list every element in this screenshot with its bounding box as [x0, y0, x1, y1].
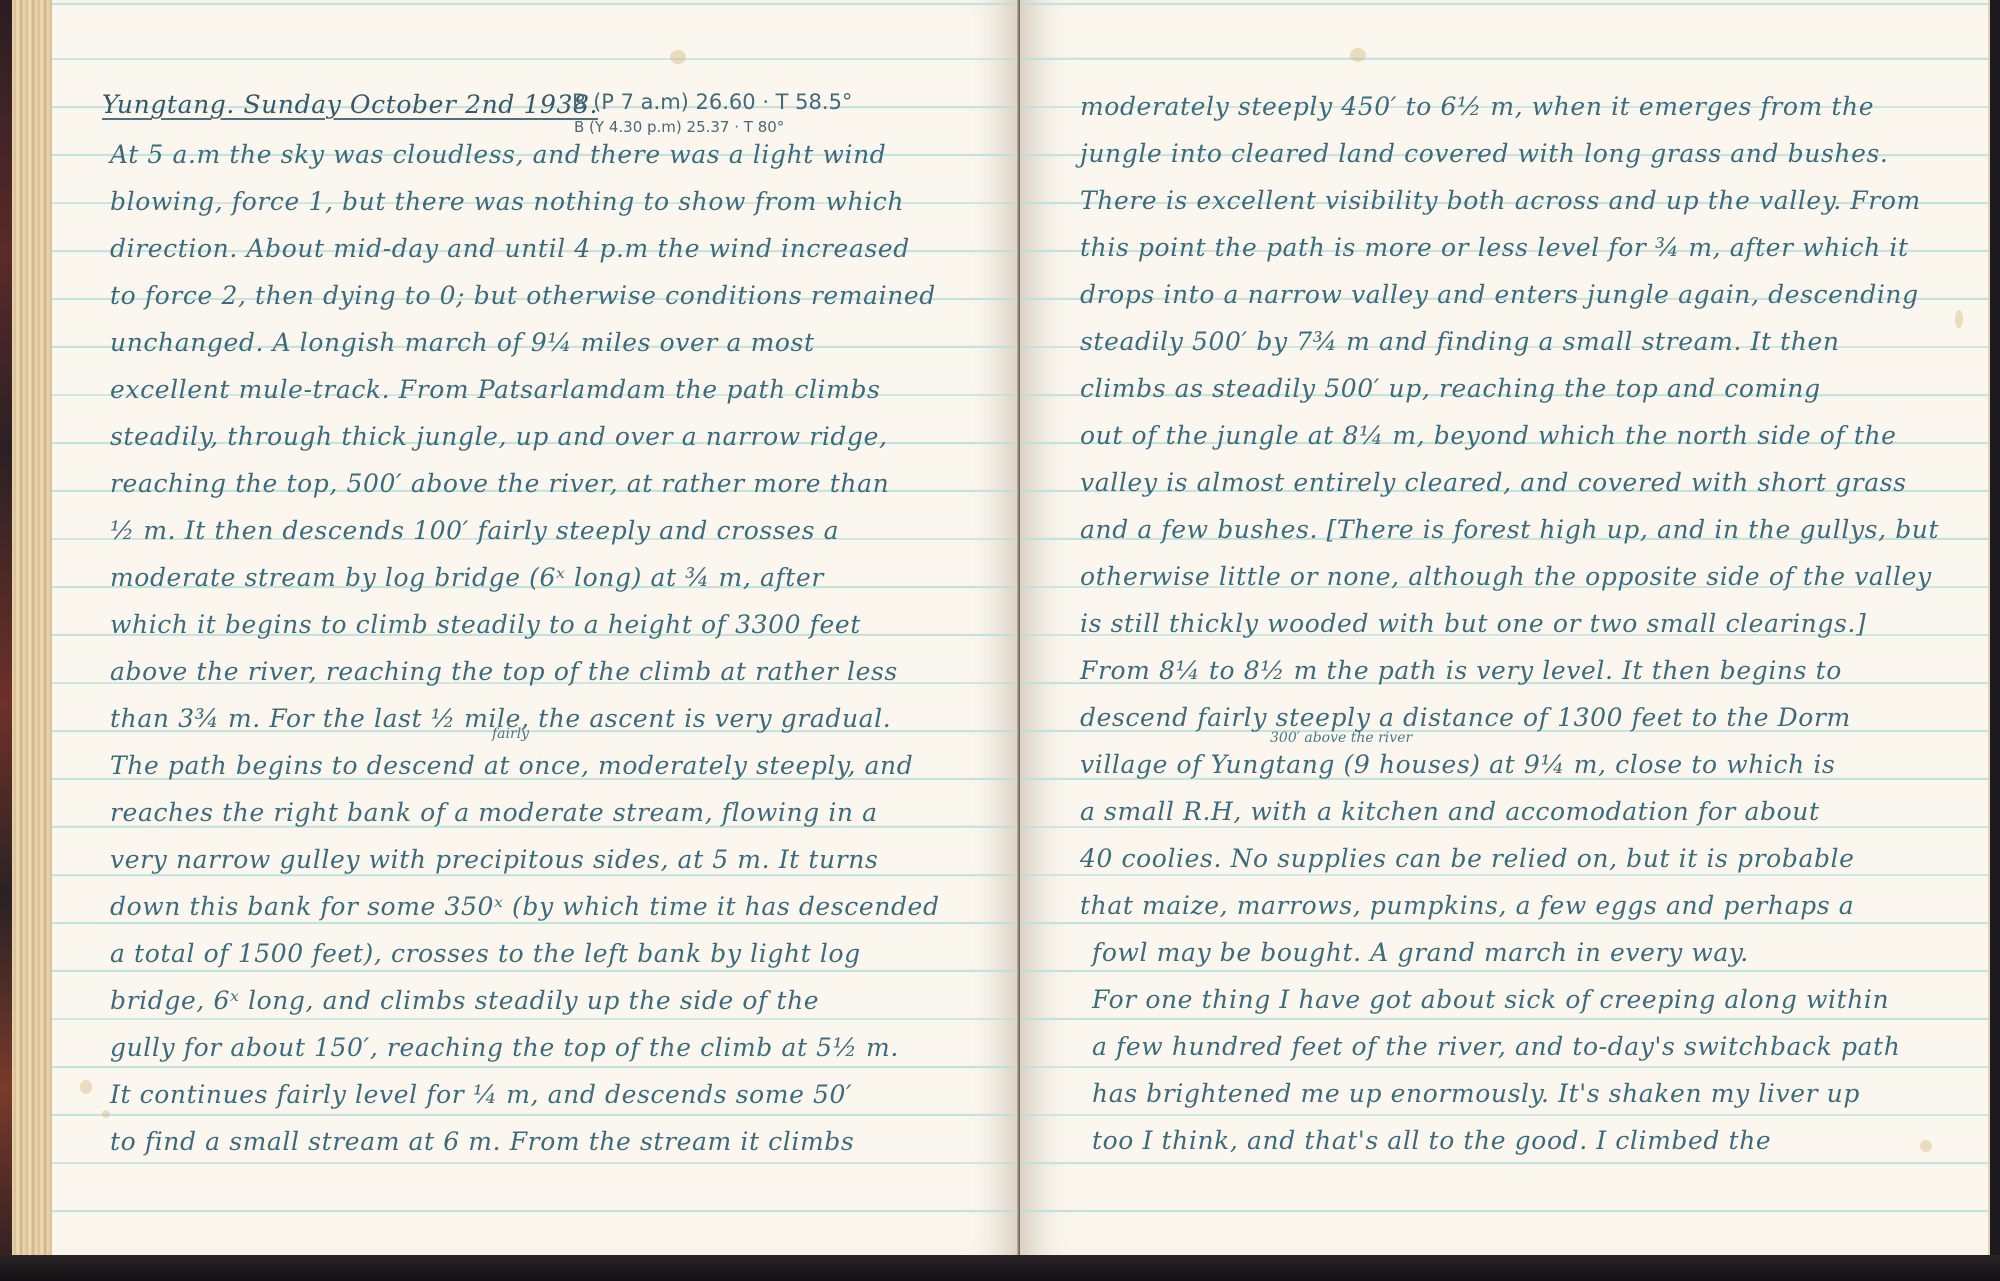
- text-line: direction. About mid-day and until 4 p.m…: [110, 234, 910, 263]
- text-line: moderately steeply 450′ to 6½ m, when it…: [1080, 92, 1874, 121]
- interlinear-note: 300′ above the river: [1270, 730, 1412, 746]
- text-line: is still thickly wooded with but one or …: [1080, 609, 1866, 638]
- text-line: excellent mule-track. From Patsarlamdam …: [110, 375, 881, 404]
- text-line: which it begins to climb steadily to a h…: [110, 610, 861, 639]
- text-line: At 5 a.m the sky was cloudless, and ther…: [110, 140, 886, 169]
- text-line: unchanged. A longish march of 9¼ miles o…: [110, 328, 815, 357]
- inserted-correction: fairly: [492, 726, 529, 742]
- text-line: that maize, marrows, pumpkins, a few egg…: [1080, 891, 1854, 920]
- text-line: valley is almost entirely cleared, and c…: [1080, 468, 1907, 497]
- barometer-reading-morning: B (P 7 a.m) 26.60 · T 58.5°: [572, 90, 852, 114]
- text-line: down this bank for some 350ˣ (by which t…: [110, 892, 940, 921]
- text-line: very narrow gulley with precipitous side…: [110, 845, 878, 874]
- text-line: climbs as steadily 500′ up, reaching the…: [1080, 374, 1821, 403]
- text-line: above the river, reaching the top of the…: [110, 657, 898, 686]
- text-line: The path begins to descend at once, mode…: [110, 751, 913, 780]
- text-line: gully for about 150′, reaching the top o…: [110, 1033, 899, 1062]
- text-line: steadily, through thick jungle, up and o…: [110, 422, 888, 451]
- text-line: out of the jungle at 8¼ m, beyond which …: [1080, 421, 1897, 450]
- text-line: to force 2, then dying to 0; but otherwi…: [110, 281, 936, 310]
- paper-stain: [1350, 48, 1366, 62]
- text-line: village of Yungtang (9 houses) at 9¼ m, …: [1080, 750, 1835, 779]
- paper-stain: [1955, 310, 1963, 328]
- barometer-reading-afternoon: B (Y 4.30 p.m) 25.37 · T 80°: [574, 118, 784, 136]
- text-line: and a few bushes. [There is forest high …: [1080, 515, 1939, 544]
- text-line: It continues fairly level for ¼ m, and d…: [110, 1080, 852, 1109]
- text-line: descend fairly steeply a distance of 130…: [1080, 703, 1851, 732]
- text-line: 40 coolies. No supplies can be relied on…: [1080, 844, 1855, 873]
- text-line: moderate stream by log bridge (6ˣ long) …: [110, 563, 824, 592]
- text-line: bridge, 6ˣ long, and climbs steadily up …: [110, 986, 819, 1015]
- text-line: to find a small stream at 6 m. From the …: [110, 1127, 854, 1156]
- paper-stain: [1920, 1140, 1932, 1152]
- text-line: has brightened me up enormously. It's sh…: [1092, 1079, 1860, 1108]
- text-line: otherwise little or none, although the o…: [1080, 562, 1932, 591]
- text-line: From 8¼ to 8½ m the path is very level. …: [1080, 656, 1842, 685]
- text-line: blowing, force 1, but there was nothing …: [110, 187, 904, 216]
- text-line: drops into a narrow valley and enters ju…: [1080, 280, 1919, 309]
- paper-stain: [102, 1110, 110, 1118]
- right-page: moderately steeply 450′ to 6½ m, when it…: [1020, 0, 1990, 1255]
- text-line: fowl may be bought. A grand march in eve…: [1092, 938, 1749, 967]
- text-line: this point the path is more or less leve…: [1080, 233, 1909, 262]
- text-line: reaches the right bank of a moderate str…: [110, 798, 878, 827]
- text-line: too I think, and that's all to the good.…: [1092, 1126, 1771, 1155]
- text-line: a small R.H, with a kitchen and accomoda…: [1080, 797, 1820, 826]
- text-line: steadily 500′ by 7¾ m and finding a smal…: [1080, 327, 1840, 356]
- background-surface: [0, 1255, 2000, 1281]
- page-stack-edge: [12, 0, 53, 1258]
- text-line: ½ m. It then descends 100′ fairly steepl…: [110, 516, 839, 545]
- paper-stain: [670, 50, 686, 64]
- left-page: Yungtang. Sunday October 2nd 1938. B (P …: [52, 0, 1018, 1255]
- text-line: jungle into cleared land covered with lo…: [1080, 139, 1888, 168]
- text-line: There is excellent visibility both acros…: [1080, 186, 1921, 215]
- text-line: a few hundred feet of the river, and to-…: [1092, 1032, 1900, 1061]
- entry-heading: Yungtang. Sunday October 2nd 1938.: [102, 90, 598, 119]
- text-line: reaching the top, 500′ above the river, …: [110, 469, 889, 498]
- text-line: For one thing I have got about sick of c…: [1092, 985, 1889, 1014]
- text-line: a total of 1500 feet), crosses to the le…: [110, 939, 861, 968]
- paper-stain: [80, 1080, 92, 1094]
